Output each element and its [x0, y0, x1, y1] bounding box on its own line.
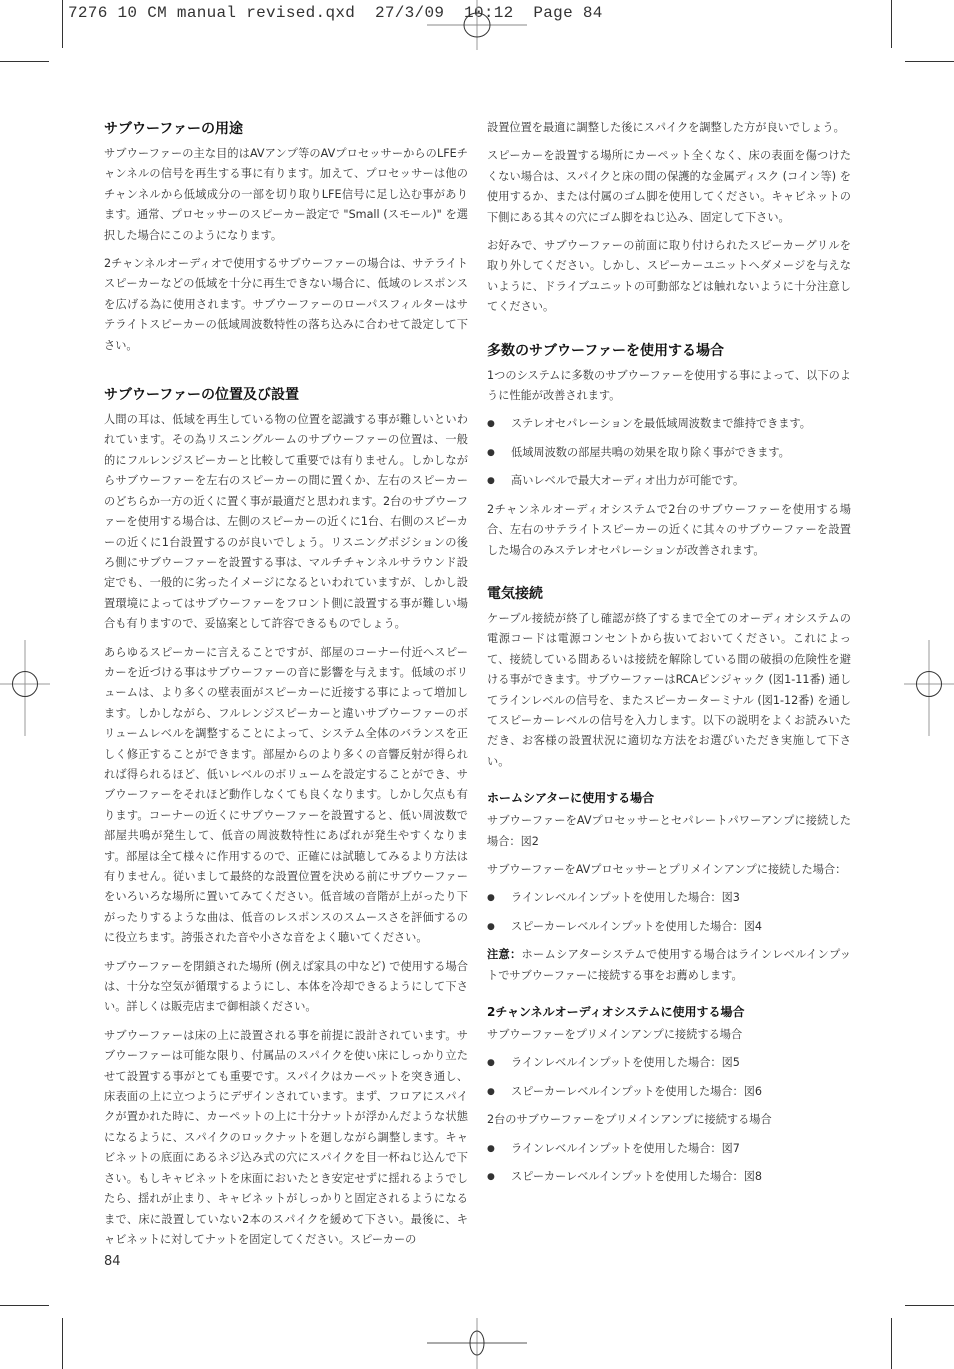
registration-mark-left-icon — [0, 640, 52, 736]
list-item-text: 低域周波数の部屋共鳴の効果を取り除く事ができます。 — [511, 443, 790, 463]
registration-mark-right-icon — [902, 640, 954, 736]
list-item: ● ラインレベルインプットを使用した場合：図3 — [487, 888, 851, 908]
bullet-icon: ● — [487, 1082, 511, 1102]
paragraph: お好みで、サブウーファーの前面に取り付けられたスピーカーグリルを取り外してくださ… — [487, 236, 851, 318]
paragraph: あらゆるスピーカーに言えることですが、部屋のコーナー付近へスピーカーを近づける事… — [104, 643, 468, 949]
crop-mark-top-left-horizontal — [0, 61, 49, 62]
right-column: 設置位置を最適に調整した後にスパイクを調整した方が良いでしょう。 スピーカーを設… — [487, 118, 851, 1195]
list-item-text: スピーカーレベルインプットを使用した場合：図4 — [511, 917, 762, 937]
page-number: 84 — [104, 1254, 121, 1269]
section-heading-electrical-connection: 電気接続 — [487, 583, 851, 605]
list-item-text: ラインレベルインプットを使用した場合：図3 — [511, 888, 740, 908]
note-text: ホームシアターシステムで使用する場合はラインレベルインプットでサブウーファーに接… — [487, 948, 851, 981]
crop-mark-bottom-left-horizontal — [0, 1305, 49, 1306]
bullet-icon: ● — [487, 1053, 511, 1073]
section-heading-placement: サブウーファーの位置及び設置 — [104, 384, 468, 406]
list-item-text: 高いレベルで最大オーディオ出力が可能です。 — [511, 471, 744, 491]
paragraph: サブウーファーを閉鎖された場所 (例えば家具の中など) で使用する場合は、十分な… — [104, 957, 468, 1018]
paragraph: 1つのシステムに多数のサブウーファーを使用する事によって、以下のように性能が改善… — [487, 366, 851, 407]
paragraph: 2チャンネルオーディオシステムで2台のサブウーファーを使用する場合、左右のサテラ… — [487, 500, 851, 561]
paragraph: サブウーファーの主な目的はAVアンプ等のAVプロセッサーからのLFEチャンネルの… — [104, 144, 468, 246]
registration-mark-top-icon — [427, 0, 527, 50]
paragraph: 2チャンネルオーディオで使用するサブウーファーの場合は、サテライトスピーカーなど… — [104, 254, 468, 356]
paragraph: 人間の耳は、低域を再生している物の位置を認識する事が難しいといわれています。その… — [104, 410, 468, 634]
paragraph: サブウーファーは床の上に設置される事を前提に設計されています。サブウーファーは可… — [104, 1026, 468, 1250]
crop-mark-bottom-right-vertical — [891, 1318, 892, 1369]
bullet-icon: ● — [487, 888, 511, 908]
list-item-text: ステレオセパレーションを最低域周波数まで維持できます。 — [511, 414, 811, 434]
subheading-two-channel: 2チャンネルオーディオシステムに使用する場合 — [487, 1002, 851, 1022]
bullet-icon: ● — [487, 917, 511, 937]
registration-mark-bottom-icon — [427, 1318, 527, 1369]
section-heading-subwoofer-purpose: サブウーファーの用途 — [104, 118, 468, 140]
list-item: ● スピーカーレベルインプットを使用した場合：図6 — [487, 1082, 851, 1102]
left-column: サブウーファーの用途 サブウーファーの主な目的はAVアンプ等のAVプロセッサーか… — [104, 118, 468, 1258]
list-item: ● スピーカーレベルインプットを使用した場合：図8 — [487, 1167, 851, 1187]
list-item-text: ラインレベルインプットを使用した場合：図7 — [511, 1139, 740, 1159]
crop-mark-top-right-vertical — [891, 0, 892, 48]
paragraph: サブウーファーをAVプロセッサーとセパレートパワーアンプに接続した場合：図2 — [487, 811, 851, 852]
list-item: ● ラインレベルインプットを使用した場合：図7 — [487, 1139, 851, 1159]
list-item: ● 高いレベルで最大オーディオ出力が可能です。 — [487, 471, 851, 491]
paragraph: 2台のサブウーファーをプリメインアンプに接続する場合 — [487, 1110, 851, 1130]
paragraph: サブウーファーをAVプロセッサーとプリメインアンプに接続した場合： — [487, 860, 851, 880]
list-item-text: スピーカーレベルインプットを使用した場合：図6 — [511, 1082, 762, 1102]
bullet-icon: ● — [487, 1167, 511, 1187]
list-item-text: スピーカーレベルインプットを使用した場合：図8 — [511, 1167, 762, 1187]
crop-mark-bottom-left-vertical — [62, 1318, 63, 1369]
note-label: 注意： — [487, 948, 522, 961]
crop-mark-top-left-vertical — [62, 0, 63, 48]
bullet-icon: ● — [487, 414, 511, 434]
bullet-icon: ● — [487, 443, 511, 463]
note-paragraph: 注意：ホームシアターシステムで使用する場合はラインレベルインプットでサブウーファ… — [487, 945, 851, 986]
paragraph: ケーブル接続が終了し確認が終了するまで全てのオーディオシステムの電源コードは電源… — [487, 609, 851, 772]
list-item: ● ラインレベルインプットを使用した場合：図5 — [487, 1053, 851, 1073]
paragraph: サブウーファーをプリメインアンプに接続する場合 — [487, 1025, 851, 1045]
paragraph: スピーカーを設置する場所にカーペット全くなく、床の表面を傷つけたくない場合は、ス… — [487, 146, 851, 228]
list-item-text: ラインレベルインプットを使用した場合：図5 — [511, 1053, 740, 1073]
list-item: ● 低域周波数の部屋共鳴の効果を取り除く事ができます。 — [487, 443, 851, 463]
crop-mark-bottom-right-horizontal — [905, 1305, 954, 1306]
list-item: ● ステレオセパレーションを最低域周波数まで維持できます。 — [487, 414, 851, 434]
subheading-home-theater: ホームシアターに使用する場合 — [487, 788, 851, 808]
bullet-icon: ● — [487, 1139, 511, 1159]
list-item: ● スピーカーレベルインプットを使用した場合：図4 — [487, 917, 851, 937]
section-heading-multiple-subwoofers: 多数のサブウーファーを使用する場合 — [487, 340, 851, 362]
crop-mark-top-right-horizontal — [905, 61, 954, 62]
paragraph: 設置位置を最適に調整した後にスパイクを調整した方が良いでしょう。 — [487, 118, 851, 138]
bullet-icon: ● — [487, 471, 511, 491]
